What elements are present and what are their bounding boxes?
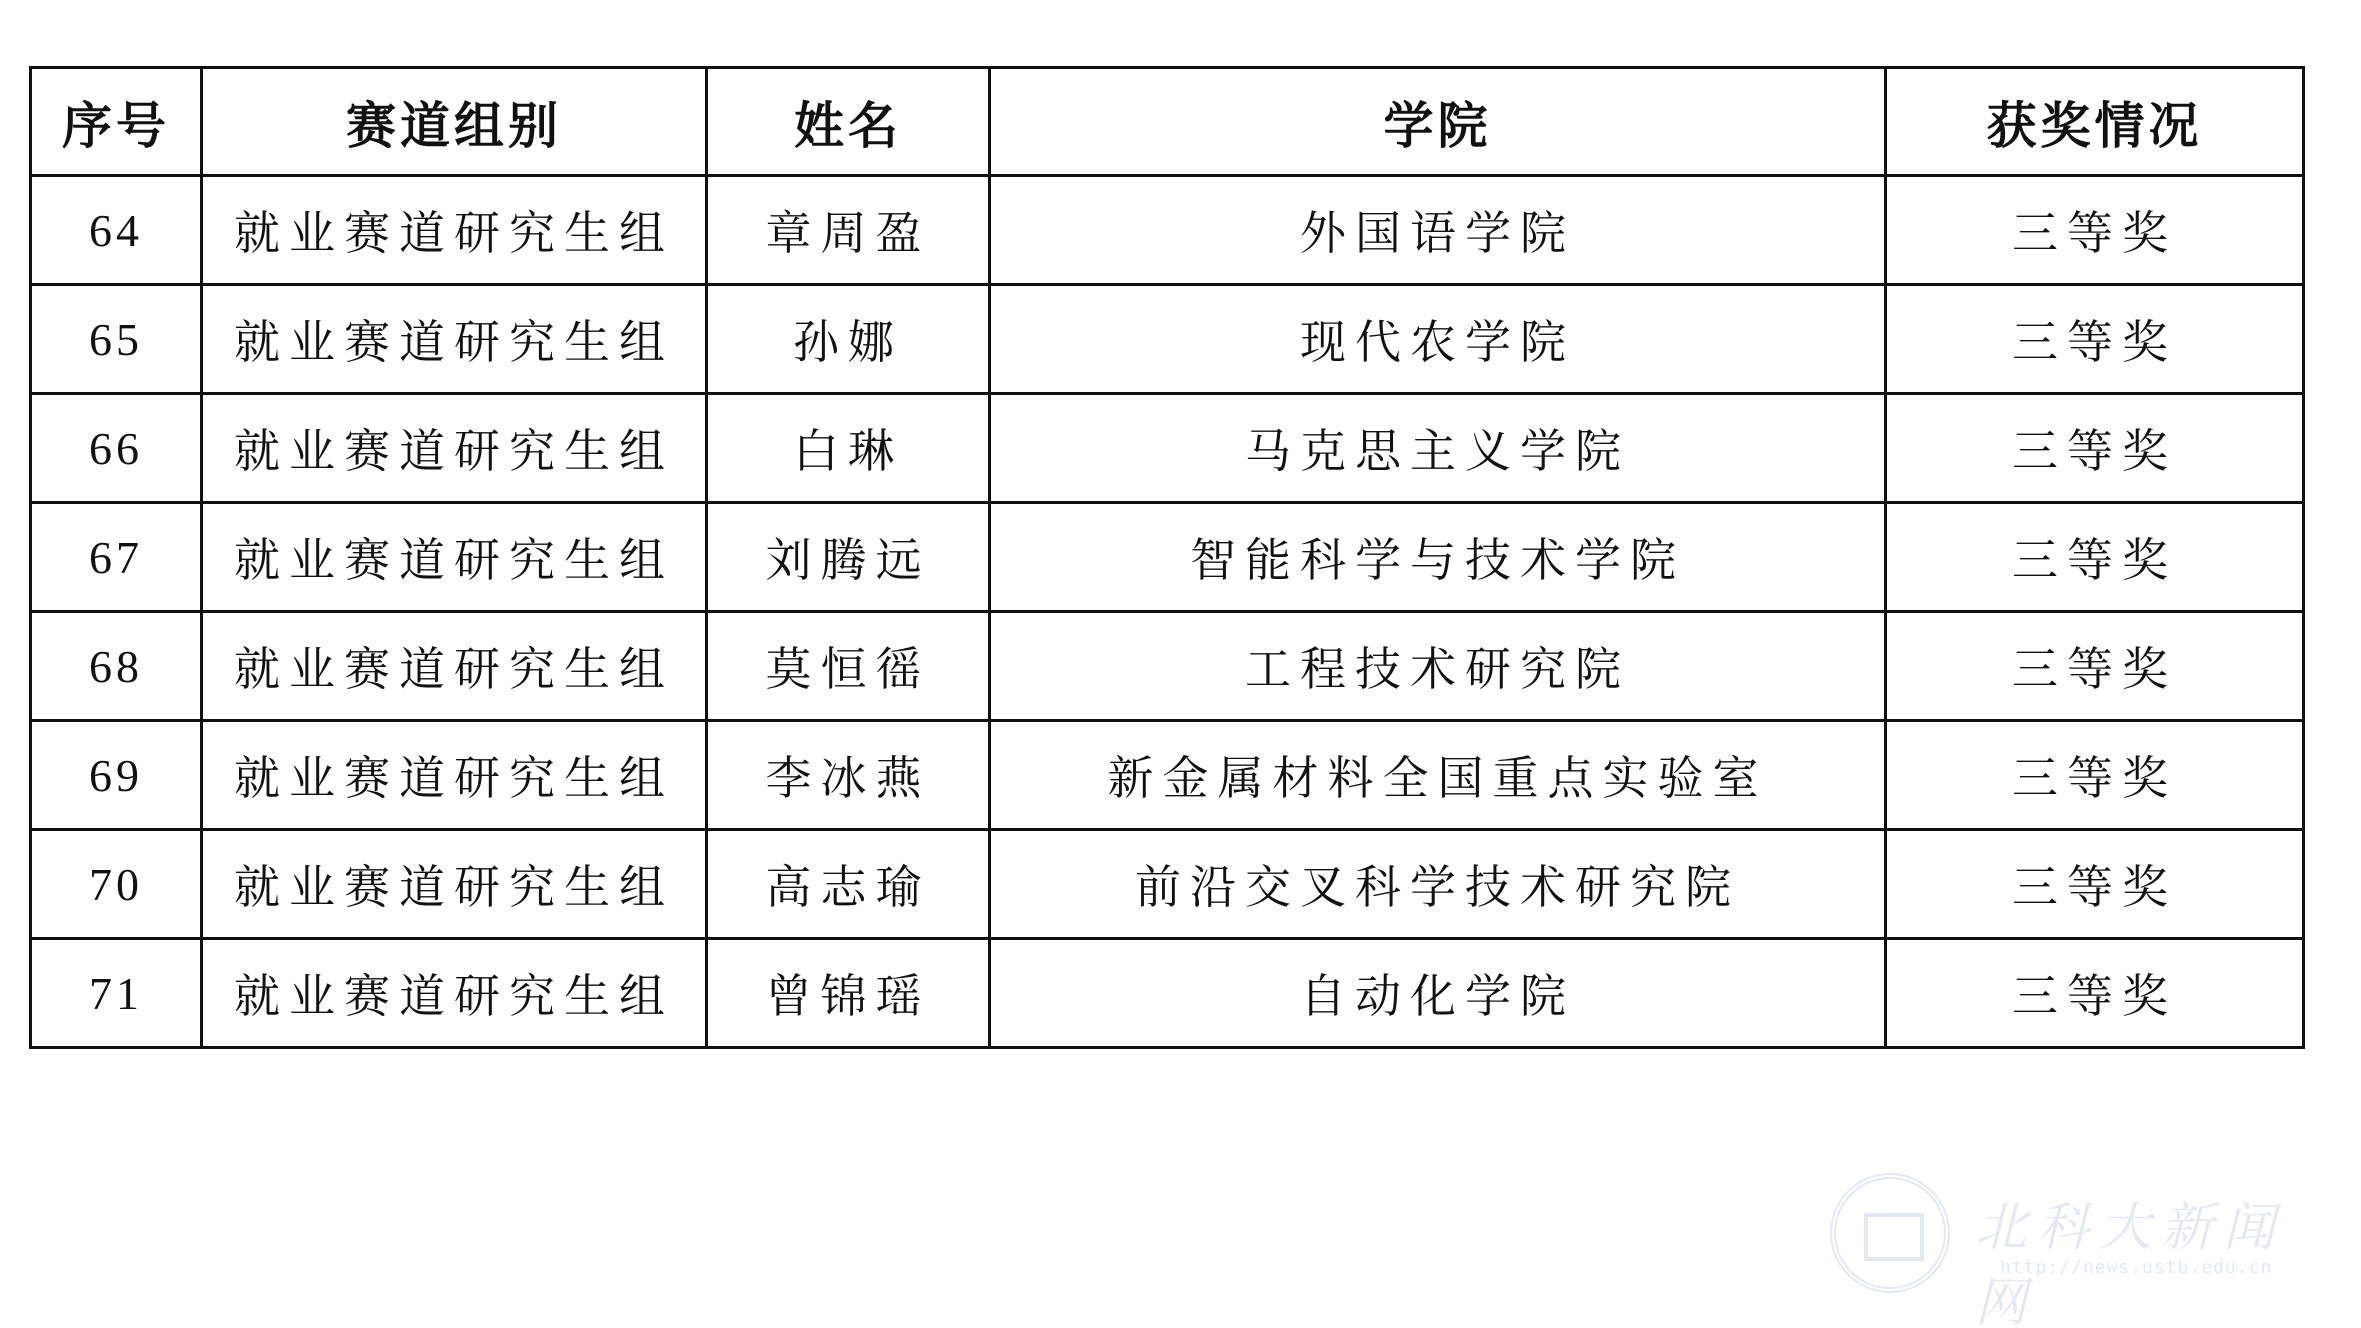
table-row: 68 就业赛道研究生组 莫恒徭 工程技术研究院 三等奖: [31, 612, 2304, 721]
cell-index: 69: [31, 721, 202, 830]
cell-name: 莫恒徭: [707, 612, 990, 721]
table-row: 64 就业赛道研究生组 章周盈 外国语学院 三等奖: [31, 176, 2304, 285]
cell-college: 智能科学与技术学院: [990, 503, 1886, 612]
cell-award: 三等奖: [1886, 830, 2304, 939]
header-college: 学院: [990, 68, 1886, 176]
cell-name: 章周盈: [707, 176, 990, 285]
cell-award: 三等奖: [1886, 394, 2304, 503]
cell-award: 三等奖: [1886, 939, 2304, 1048]
cell-track: 就业赛道研究生组: [202, 830, 707, 939]
cell-name: 白琳: [707, 394, 990, 503]
cell-track: 就业赛道研究生组: [202, 503, 707, 612]
cell-name: 曾锦瑶: [707, 939, 990, 1048]
cell-college: 自动化学院: [990, 939, 1886, 1048]
cell-award: 三等奖: [1886, 721, 2304, 830]
watermark-url: http://news.ustb.edu.cn: [2000, 1257, 2272, 1278]
cell-award: 三等奖: [1886, 612, 2304, 721]
table-row: 67 就业赛道研究生组 刘腾远 智能科学与技术学院 三等奖: [31, 503, 2304, 612]
cell-award: 三等奖: [1886, 176, 2304, 285]
cell-college: 新金属材料全国重点实验室: [990, 721, 1886, 830]
cell-index: 65: [31, 285, 202, 394]
award-results-table: 序号 赛道组别 姓名 学院 获奖情况 64 就业赛道研究生组 章周盈 外国语学院…: [29, 66, 2305, 1049]
cell-index: 70: [31, 830, 202, 939]
header-index: 序号: [31, 68, 202, 176]
header-name: 姓名: [707, 68, 990, 176]
table-row: 71 就业赛道研究生组 曾锦瑶 自动化学院 三等奖: [31, 939, 2304, 1048]
table-row: 69 就业赛道研究生组 李冰燕 新金属材料全国重点实验室 三等奖: [31, 721, 2304, 830]
university-seal-icon: [1830, 1173, 1950, 1293]
table-header-row: 序号 赛道组别 姓名 学院 获奖情况: [31, 68, 2304, 176]
cell-track: 就业赛道研究生组: [202, 394, 707, 503]
cell-index: 66: [31, 394, 202, 503]
cell-award: 三等奖: [1886, 285, 2304, 394]
cell-track: 就业赛道研究生组: [202, 176, 707, 285]
table-row: 66 就业赛道研究生组 白琳 马克思主义学院 三等奖: [31, 394, 2304, 503]
cell-college: 马克思主义学院: [990, 394, 1886, 503]
cell-college: 工程技术研究院: [990, 612, 1886, 721]
cell-name: 高志瑜: [707, 830, 990, 939]
cell-index: 67: [31, 503, 202, 612]
cell-college: 前沿交叉科学技术研究院: [990, 830, 1886, 939]
table-row: 70 就业赛道研究生组 高志瑜 前沿交叉科学技术研究院 三等奖: [31, 830, 2304, 939]
header-award: 获奖情况: [1886, 68, 2304, 176]
cell-index: 71: [31, 939, 202, 1048]
cell-college: 外国语学院: [990, 176, 1886, 285]
cell-name: 刘腾远: [707, 503, 990, 612]
cell-name: 李冰燕: [707, 721, 990, 830]
seal-building-icon: [1864, 1213, 1924, 1261]
cell-track: 就业赛道研究生组: [202, 285, 707, 394]
table-row: 65 就业赛道研究生组 孙娜 现代农学院 三等奖: [31, 285, 2304, 394]
cell-track: 就业赛道研究生组: [202, 939, 707, 1048]
cell-college: 现代农学院: [990, 285, 1886, 394]
cell-name: 孙娜: [707, 285, 990, 394]
cell-track: 就业赛道研究生组: [202, 612, 707, 721]
cell-award: 三等奖: [1886, 503, 2304, 612]
cell-index: 68: [31, 612, 202, 721]
cell-track: 就业赛道研究生组: [202, 721, 707, 830]
header-track: 赛道组别: [202, 68, 707, 176]
watermark: 北科大新闻网 http://news.ustb.edu.cn: [1830, 1165, 2310, 1305]
cell-index: 64: [31, 176, 202, 285]
